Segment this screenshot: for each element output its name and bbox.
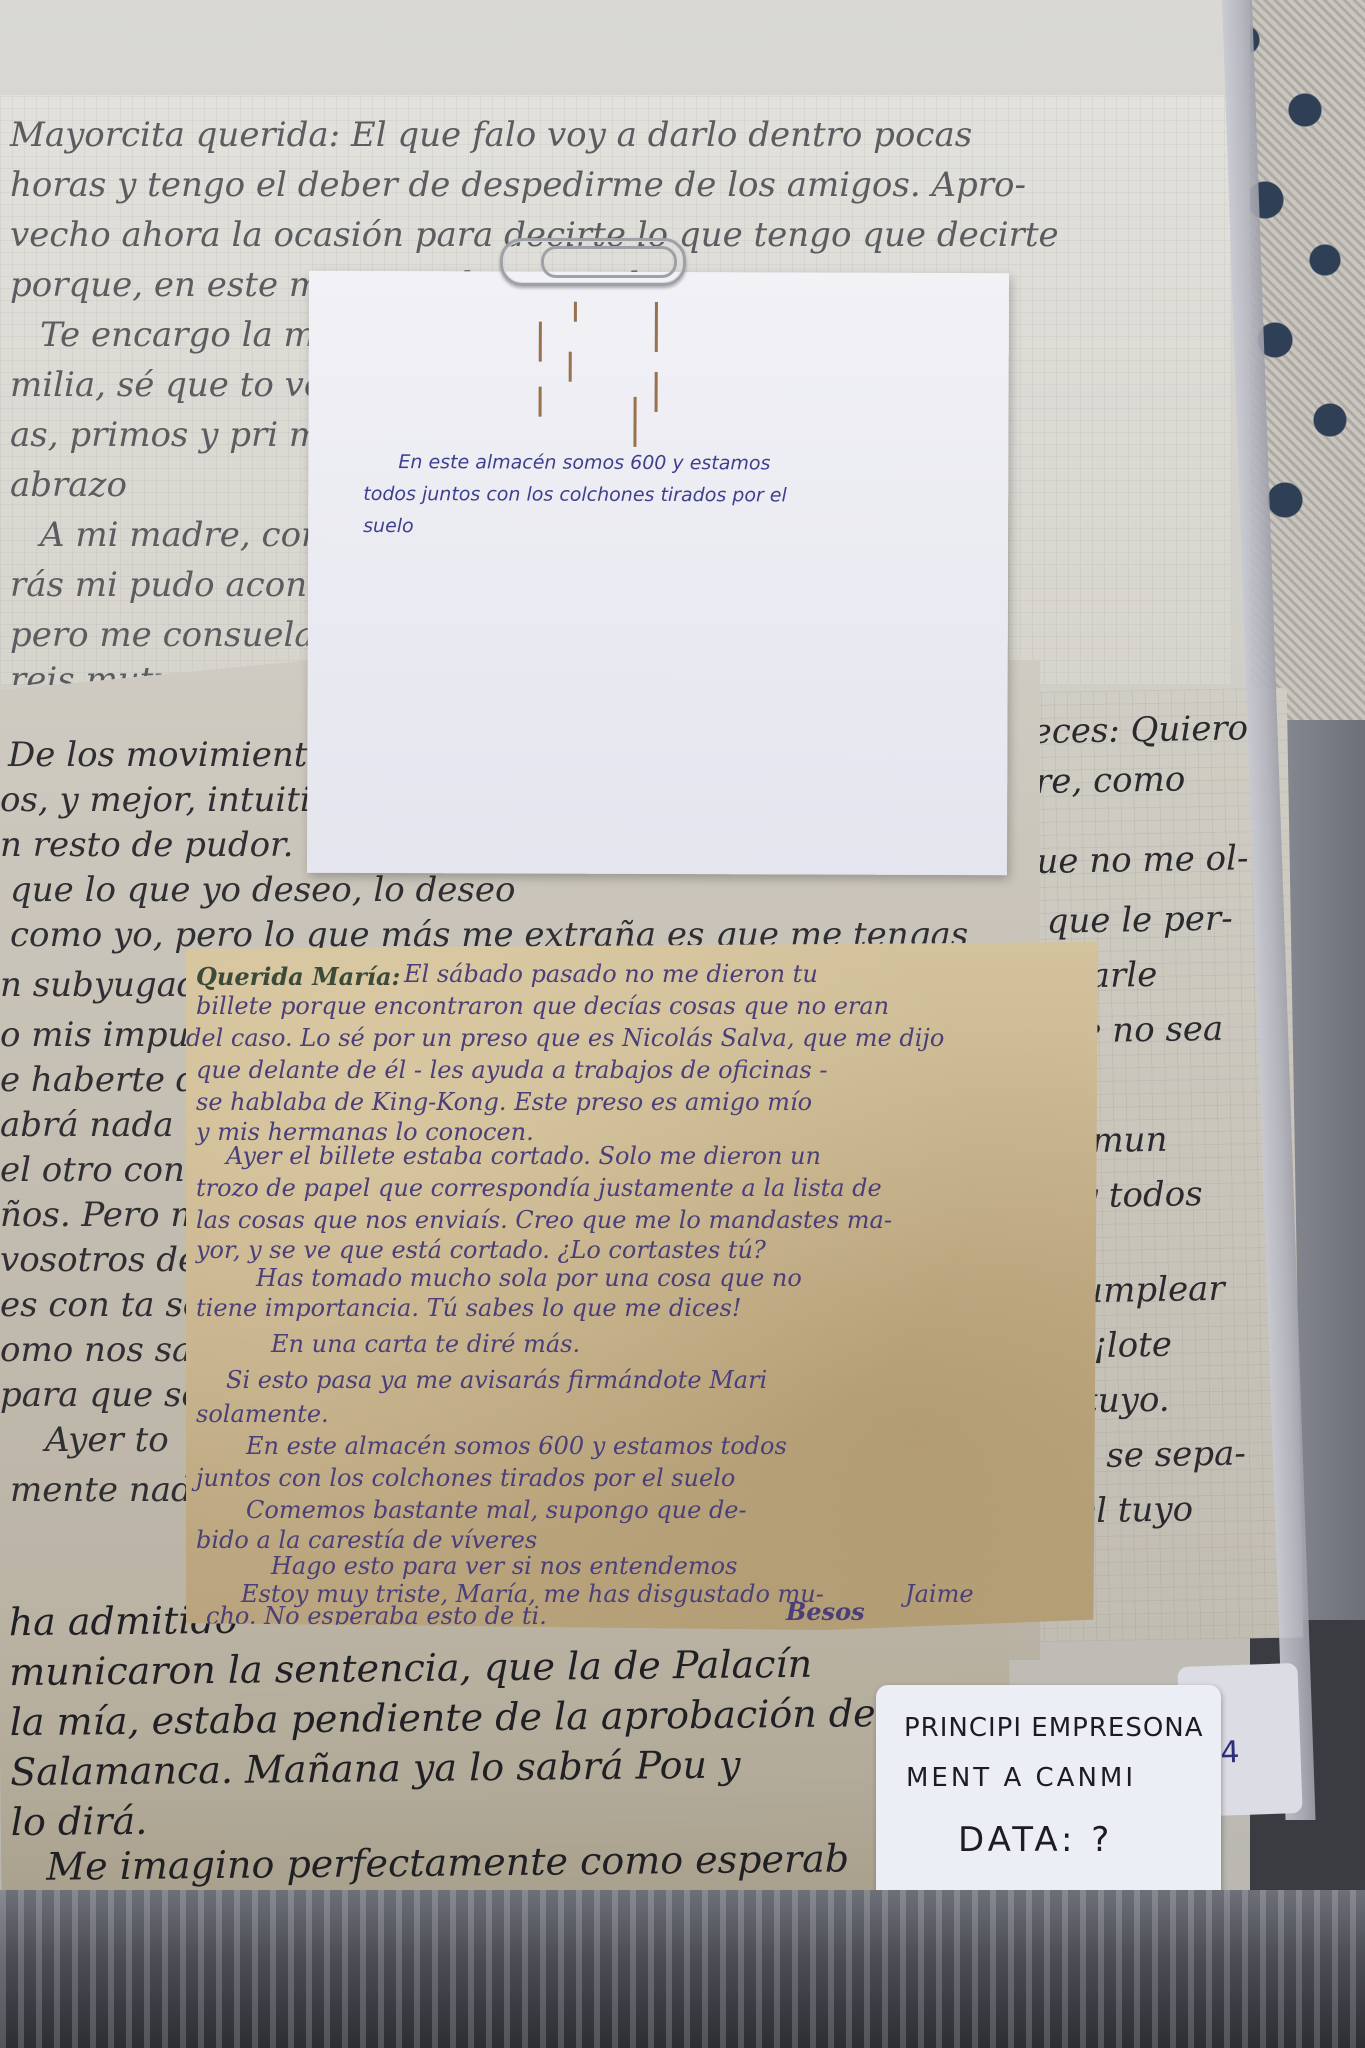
letter-mid-line: Ayer to: [45, 1420, 169, 1460]
tissue-line: que delante de él - les ayuda a trabajos…: [196, 1056, 828, 1084]
letter-mid-line: es con ta se: [0, 1285, 203, 1325]
letter-mid-line: abrá nada: [0, 1105, 174, 1145]
letter-bottom-line: la mía, estaba pendiente de la aprobació…: [10, 1691, 876, 1744]
rust-mark: [633, 397, 636, 447]
white-note-line: suelo: [363, 510, 963, 544]
tissue-line: Ayer el billete estaba cortado. Solo me …: [226, 1142, 821, 1170]
tissue-line: Has tomado mucho sola por una cosa que n…: [256, 1264, 802, 1292]
tissue-line: Si esto pasa ya me avisarás firmándote M…: [226, 1366, 767, 1394]
label-line-2: MENT A CANMI: [906, 1763, 1136, 1793]
letter-mid-line: n resto de pudor.: [0, 825, 293, 865]
letter-right-line: e que le per-: [1015, 899, 1233, 943]
tissue-line: billete porque encontraron que decías co…: [196, 992, 889, 1020]
letter-mid-line: e haberte d: [0, 1060, 198, 1100]
white-note-text: En este almacén somos 600 y estamos todo…: [363, 446, 963, 544]
tissue-line: Hago esto para ver si nos entendemos: [271, 1552, 737, 1580]
letter-bottom-line: Salamanca. Mañana ya lo sabrá Pou y: [10, 1743, 741, 1795]
tissue-line: En una carta te diré más.: [271, 1330, 580, 1358]
tissue-line: Comemos bastante mal, supongo que de-: [246, 1496, 747, 1524]
letter-mid-line: que lo que yo deseo, lo deseo: [10, 870, 515, 910]
white-transcription-note: En este almacén somos 600 y estamos todo…: [307, 271, 1009, 875]
letter-right-line: tuyo.: [1084, 1380, 1170, 1421]
letter-right-line: o se sepa-: [1075, 1433, 1246, 1476]
paperclip-icon: [500, 238, 686, 286]
tissue-line: las cosas que nos enviaís. Creo que me l…: [196, 1206, 892, 1234]
rust-mark: [655, 372, 658, 412]
tissue-line: juntos con los colchones tirados por el …: [196, 1464, 735, 1492]
letter-greeting: Querida María:: [196, 962, 400, 991]
letter-mid-line: mente nad: [10, 1470, 193, 1510]
tissue-line: del caso. Lo sé por un preso que es Nico…: [186, 1024, 944, 1052]
tissue-line: trozo de papel que correspondía justamen…: [196, 1174, 882, 1202]
white-note-line: En este almacén somos 600 y estamos: [363, 446, 963, 480]
label-line-1: PRINCIPI EMPRESONA: [904, 1713, 1204, 1743]
letter-right-line: ¡lote: [1093, 1325, 1172, 1366]
rust-mark: [655, 302, 658, 352]
tissue-line: tiene importancia. Tú sabes lo que me di…: [196, 1294, 742, 1322]
photo-scene: Mayorcita querida: El que falo voy a dar…: [0, 0, 1365, 2048]
binder-sleeves-stack: [0, 1890, 1365, 2048]
white-note-line: todos juntos con los colchones tirados p…: [363, 478, 963, 512]
letter-top-line: Mayorcita querida: El que falo voy a dar…: [10, 115, 972, 155]
letter-right-line: que no me ol-: [1014, 838, 1248, 882]
tissue-paper-letter: Querida María: El sábado pasado no me di…: [186, 942, 1098, 1630]
letter-bottom-line: lo dirá.: [11, 1799, 148, 1844]
letter-bottom-line: municaron la sentencia, que la de Palací…: [9, 1642, 812, 1694]
tissue-line: En este almacén somos 600 y estamos todo…: [246, 1432, 787, 1460]
letter-top-line: abrazo: [10, 465, 127, 505]
letter-signature: Jaime: [905, 1580, 974, 1608]
archive-label-card: PRINCIPI EMPRESONA MENT A CANMI DATA: ?: [876, 1685, 1221, 1907]
rust-mark: [539, 387, 542, 417]
letter-mid-line: omo nos sa: [0, 1330, 192, 1370]
tissue-line: solamente.: [196, 1400, 329, 1428]
tissue-line: yor, y se ve que está cortado. ¿Lo corta…: [196, 1236, 766, 1264]
letter-right-line: veces: Quiero: [1012, 708, 1248, 752]
tissue-line: se hablaba de King-Kong. Este preso es a…: [196, 1088, 812, 1116]
letter-mid-line: De los movimientos: [8, 735, 345, 775]
label-back-text: 4: [1220, 1735, 1240, 1771]
letter-closing: Besos: [786, 1597, 865, 1626]
rust-mark: [539, 322, 542, 362]
rust-mark: [569, 352, 572, 382]
letter-mid-line: para que se: [0, 1375, 202, 1415]
letter-top-line: horas y tengo el deber de despedirme de …: [10, 165, 1026, 205]
tissue-line: bido a la carestía de víveres: [196, 1526, 537, 1554]
tissue-line: El sábado pasado no me dieron tu: [404, 960, 818, 988]
label-date: DATA: ?: [958, 1820, 1113, 1860]
rust-mark: [574, 302, 577, 322]
